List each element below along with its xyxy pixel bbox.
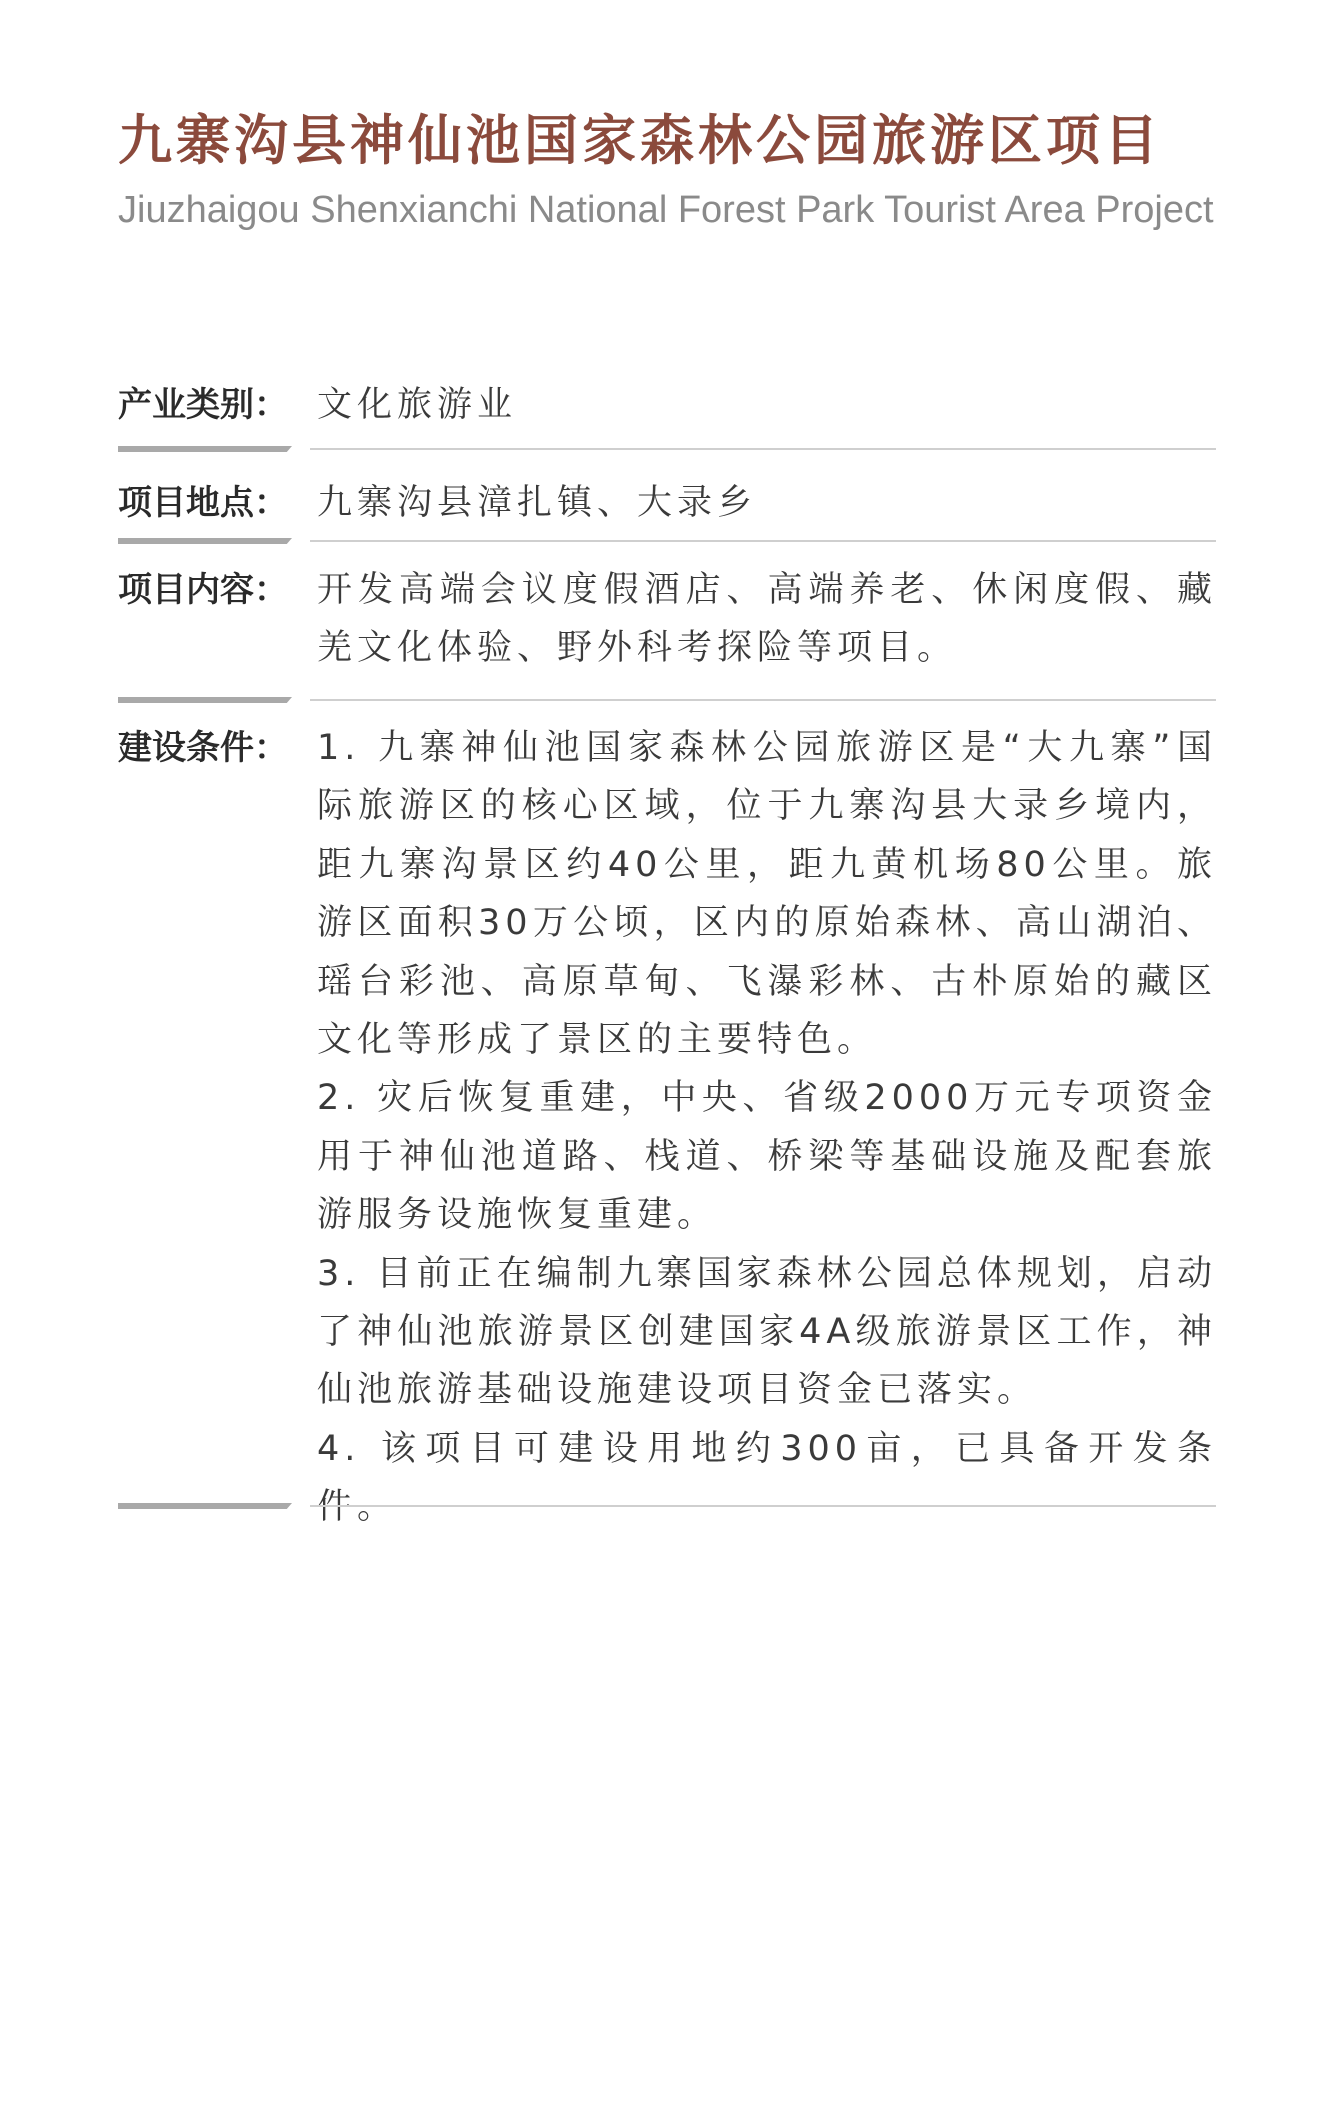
field-project-content: 项目内容： 开发高端会议度假酒店、高端养老、休闲度假、藏羌文化体验、野外科考探险… [118, 561, 1216, 678]
field-value: 九寨沟县漳扎镇、大录乡 [317, 474, 1217, 532]
condition-paragraph: 3. 目前正在编制九寨国家森林公园总体规划，启动了神仙池旅游景区创建国家4A级旅… [317, 1245, 1217, 1420]
divider-thin [310, 1505, 1216, 1507]
page-title-en: Jiuzhaigou Shenxianchi National Forest P… [118, 188, 1218, 233]
condition-paragraph: 2. 灾后恢复重建，中央、省级2000万元专项资金用于神仙池道路、栈道、桥梁等基… [317, 1069, 1217, 1244]
field-industry-category: 产业类别： 文化旅游业 [118, 376, 1216, 434]
condition-paragraph: 4. 该项目可建设用地约300亩，已具备开发条件。 [317, 1420, 1217, 1537]
field-label: 项目地点： [118, 474, 308, 532]
field-project-location: 项目地点： 九寨沟县漳扎镇、大录乡 [118, 474, 1216, 532]
field-label: 项目内容： [118, 561, 308, 619]
divider-thick [118, 697, 292, 703]
field-value-paragraphs: 1. 九寨神仙池国家森林公园旅游区是“大九寨”国际旅游区的核心区域，位于九寨沟县… [317, 719, 1217, 1537]
field-value: 文化旅游业 [317, 376, 1217, 434]
condition-paragraph: 1. 九寨神仙池国家森林公园旅游区是“大九寨”国际旅游区的核心区域，位于九寨沟县… [317, 719, 1217, 1069]
divider-thick [118, 1503, 292, 1509]
field-value: 开发高端会议度假酒店、高端养老、休闲度假、藏羌文化体验、野外科考探险等项目。 [317, 561, 1217, 678]
field-construction-conditions: 建设条件： 1. 九寨神仙池国家森林公园旅游区是“大九寨”国际旅游区的核心区域，… [118, 719, 1216, 1479]
divider-thick [118, 538, 292, 544]
field-label: 产业类别： [118, 376, 308, 434]
divider-thin [310, 540, 1216, 542]
divider-thin [310, 448, 1216, 450]
field-label: 建设条件： [118, 719, 308, 777]
divider-thick [118, 446, 292, 452]
page-title-zh: 九寨沟县神仙池国家森林公园旅游区项目 [118, 108, 1162, 174]
divider-thin [310, 699, 1216, 701]
